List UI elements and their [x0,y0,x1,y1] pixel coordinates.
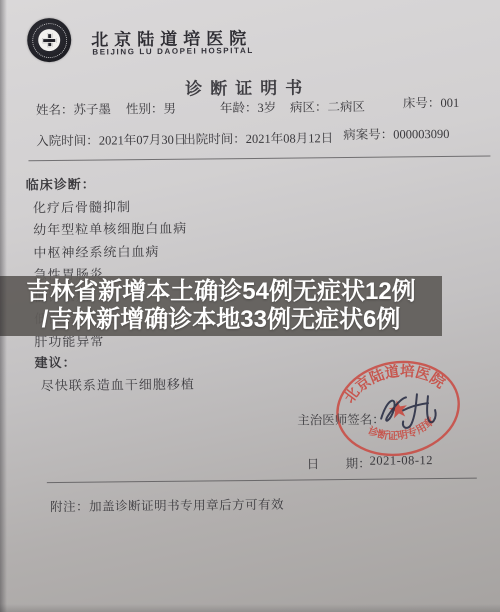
divider-bottom [47,478,477,484]
advice-text: 尽快联系造血干细胞移植 [41,374,195,395]
diagnosis-item: 化疗后骨髓抑制 [33,195,293,220]
diagnosis-section-label: 临床诊断： [26,174,96,194]
footnote: 附注：加盖诊断证明书专用章后方可有效 [50,495,284,515]
doctor-signature [373,388,453,437]
caption-line-2: /吉林新增确诊本地33例无症状6例 [42,306,401,334]
diagnosis-item: 幼年型粒单核细胞白血病 [33,217,293,242]
news-caption-overlay: 吉林省新增本土确诊54例无症状12例 /吉林新增确诊本地33例无症状6例 [0,276,442,336]
discharge-date: 出院时间：2021年08月12日 [183,128,333,148]
patient-gender: 性别：男 [126,99,176,118]
hospital-name-en: BEIJING LU DAOPEI HOSPITAL [92,46,254,57]
date-label-qi: 期： [346,454,371,472]
hospital-logo-icon [27,18,71,62]
patient-ward: 病区：二病区 [290,97,365,116]
medical-cross-icon [42,33,56,47]
logo-disc [38,29,60,51]
logo-ring [32,22,67,57]
date-label-ri: 日 [307,454,320,472]
diagnosis-item: 中枢神经系统白血病 [33,239,293,264]
date-value: 2021-08-12 [370,453,433,469]
patient-name: 姓名：苏子墨 [36,99,111,118]
medical-record-number: 病案号：000003090 [343,124,449,143]
doctor-signature-label: 主治医师签名： [297,410,385,429]
divider-top [28,155,490,161]
patient-age: 年龄：3岁 [220,98,276,117]
document-photo: 北京陆道培医院 BEIJING LU DAOPEI HOSPITAL 诊断证明书… [0,0,500,612]
advice-label: 建议： [34,352,76,371]
caption-line-1: 吉林省新增本土确诊54例无症状12例 [26,278,415,306]
patient-bed-number: 床号：001 [403,93,459,112]
admission-date: 入院时间：2021年07月30日 [36,130,186,150]
